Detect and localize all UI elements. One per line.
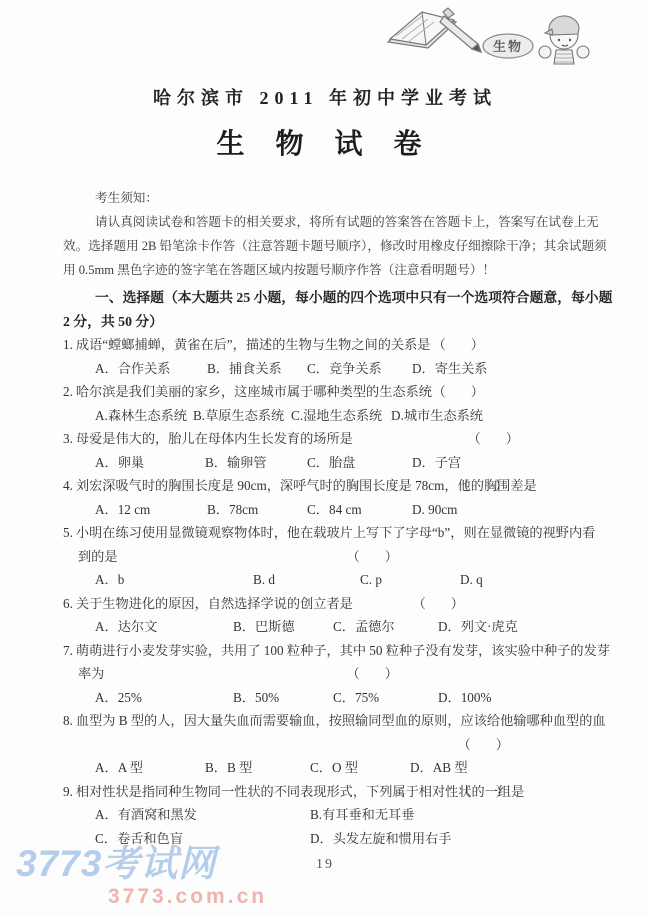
option: B.有耳垂和无耳垂	[310, 803, 414, 827]
question-6: 6.关于生物进化的原因，自然选择学说的创立者是（ ）A．达尔文B．巴斯德C．孟德…	[63, 592, 587, 639]
section-heading-line: 一、选择题（本大题共 25 小题，每小题的四个选项中只有一个选项符合题意，每小题	[63, 286, 587, 310]
question-stem: 率为（ ）	[63, 662, 587, 686]
option: C．O 型	[310, 756, 410, 780]
question-text: 率为	[78, 666, 104, 681]
option: D．列文·虎克	[438, 615, 518, 639]
option: A.森林生态系统	[95, 404, 193, 428]
question-number: 1.	[63, 337, 73, 352]
exam-paper-page: 生物 哈尔滨市 2011 年初中学业考试 生 物 试 卷 考生须知： 请认真阅读…	[0, 0, 650, 915]
options-row: A．卵巢B．输卵管C．胎盘D．子宫	[63, 451, 587, 475]
section-heading: 一、选择题（本大题共 25 小题，每小题的四个选项中只有一个选项符合题意，每小题…	[63, 286, 587, 333]
questions: 1.成语“螳螂捕蝉，黄雀在后”，描述的生物与生物之间的关系是（ ）A．合作关系B…	[63, 333, 587, 850]
option: A．A 型	[95, 756, 205, 780]
option: B．捕食关系	[207, 357, 307, 381]
option: A．12 cm	[95, 498, 207, 522]
option: C．孟德尔	[333, 615, 438, 639]
examinee-notice: 考生须知： 请认真阅读试卷和答题卡的相关要求，将所有试题的答案答在答题卡上，答案…	[63, 186, 587, 282]
question-3: 3.母爱是伟大的，胎儿在母体内生长发育的场所是（ ）A．卵巢B．输卵管C．胎盘D…	[63, 427, 587, 474]
header-illustration: 生物	[382, 2, 602, 66]
option: D.城市生态系统	[391, 404, 483, 428]
option: D. 90cm	[412, 498, 457, 522]
question-stem: 1.成语“螳螂捕蝉，黄雀在后”，描述的生物与生物之间的关系是（ ）	[63, 333, 587, 357]
question-text: 关于生物进化的原因，自然选择学说的创立者是	[76, 596, 353, 611]
options-row: A．bB. dC. pD. q	[63, 568, 587, 592]
question-stem: 6.关于生物进化的原因，自然选择学说的创立者是（ ）	[63, 592, 587, 616]
option: C. p	[360, 568, 460, 592]
question-9: 9.相对性状是指同种生物同一性状的不同表现形式，下列属于相对性状的一组是（ ）A…	[63, 780, 587, 851]
question-8: 8.血型为 B 型的人，因大量失血而需要输血，按照输同型血的原则，应该给他输哪种…	[63, 709, 587, 780]
option: B．50%	[233, 686, 333, 710]
option: D．头发左旋和惯用右手	[310, 827, 451, 851]
question-number: 8.	[63, 713, 73, 728]
question-1: 1.成语“螳螂捕蝉，黄雀在后”，描述的生物与生物之间的关系是（ ）A．合作关系B…	[63, 333, 587, 380]
options-row: C．卷舌和色盲D．头发左旋和惯用右手	[63, 827, 587, 851]
subject-bubble: 生物	[483, 34, 533, 58]
question-text: 成语“螳螂捕蝉，黄雀在后”，描述的生物与生物之间的关系是	[76, 337, 431, 352]
answer-brackets: （ ）	[432, 380, 490, 404]
answer-brackets: （ ）	[456, 474, 514, 498]
question-number: 3.	[63, 431, 73, 446]
option: C．75%	[333, 686, 438, 710]
question-text: 哈尔滨是我们美丽的家乡，这座城市属于哪种类型的生态系统	[76, 384, 432, 399]
option: D．子宫	[412, 451, 461, 475]
option: A．有酒窝和黑发	[95, 803, 310, 827]
answer-brackets: （ ）	[346, 662, 404, 686]
question-stem: 5.小明在练习使用显微镜观察物体时，他在载玻片上写下了字母“b”，则在显微镜的视…	[63, 521, 587, 545]
answer-brackets: （ ）	[467, 427, 525, 451]
question-stem: 3.母爱是伟大的，胎儿在母体内生长发育的场所是（ ）	[63, 427, 587, 451]
option: A．25%	[95, 686, 233, 710]
watermark-site-url: 3773.com.cn	[108, 886, 267, 907]
notice-line: 效。选择题用 2B 铅笔涂卡作答（注意答题卡题号顺序），修改时用橡皮仔细擦除干净…	[63, 234, 587, 258]
option: A．达尔文	[95, 615, 233, 639]
answer-brackets: （ ）	[412, 592, 470, 616]
option: D．寄生关系	[412, 357, 487, 381]
option: C．胎盘	[307, 451, 412, 475]
question-text: 母爱是伟大的，胎儿在母体内生长发育的场所是	[76, 431, 353, 446]
options-row: A．有酒窝和黑发B.有耳垂和无耳垂	[63, 803, 587, 827]
option: A．合作关系	[95, 357, 207, 381]
option: A．b	[95, 568, 253, 592]
option: D. q	[460, 568, 483, 592]
option: B．B 型	[205, 756, 310, 780]
question-stem: 2.哈尔滨是我们美丽的家乡，这座城市属于哪种类型的生态系统（ ）	[63, 380, 587, 404]
options-row: A．合作关系B．捕食关系C．竞争关系D．寄生关系	[63, 357, 587, 381]
page-number: 19	[0, 857, 650, 873]
exam-title: 哈尔滨市 2011 年初中学业考试	[0, 84, 650, 110]
question-number: 7.	[63, 643, 73, 658]
answer-brackets: （ ）	[432, 333, 490, 357]
option: C．卷舌和色盲	[95, 827, 310, 851]
answer-brackets: （ ）	[457, 733, 515, 757]
answer-brackets: （ ）	[457, 780, 515, 804]
question-2: 2.哈尔滨是我们美丽的家乡，这座城市属于哪种类型的生态系统（ ）A.森林生态系统…	[63, 380, 587, 427]
options-row: A．25%B．50%C．75%D．100%	[63, 686, 587, 710]
option: B.草原生态系统	[193, 404, 291, 428]
question-text: 血型为 B 型的人，因大量失血而需要输血，按照输同型血的原则，应该给他输哪种血型…	[76, 713, 606, 728]
biology-bubble-label: 生物	[493, 39, 523, 54]
notice-heading: 考生须知：	[63, 186, 587, 210]
question-7: 7.萌萌进行小麦发芽实验，共用了 100 粒种子，其中 50 粒种子没有发芽，该…	[63, 639, 587, 710]
option: D．100%	[438, 686, 491, 710]
answer-brackets: （ ）	[346, 545, 404, 569]
question-5: 5.小明在练习使用显微镜观察物体时，他在载玻片上写下了字母“b”，则在显微镜的视…	[63, 521, 587, 592]
question-stem: 9.相对性状是指同种生物同一性状的不同表现形式，下列属于相对性状的一组是（ ）	[63, 780, 587, 804]
notice-line: 请认真阅读试卷和答题卡的相关要求，将所有试题的答案答在答题卡上，答案写在试卷上无	[63, 210, 587, 234]
subject-title: 生 物 试 卷	[0, 122, 650, 162]
option: B．78cm	[207, 498, 307, 522]
option: C.湿地生态系统	[291, 404, 391, 428]
option: C．84 cm	[307, 498, 412, 522]
question-stem: 4.刘宏深吸气时的胸围长度是 90cm，深呼气时的胸围长度是 78cm，他的胸围…	[63, 474, 587, 498]
options-row: A．A 型B．B 型C．O 型D．AB 型	[63, 756, 587, 780]
question-number: 9.	[63, 784, 73, 799]
options-row: A．达尔文B．巴斯德C．孟德尔D．列文·虎克	[63, 615, 587, 639]
question-stem: 到的是（ ）	[63, 545, 587, 569]
question-stem: 7.萌萌进行小麦发芽实验，共用了 100 粒种子，其中 50 粒种子没有发芽，该…	[63, 639, 587, 663]
notice-line: 用 0.5mm 黑色字迹的签字笔在答题区域内按题号顺序作答（注意看明题号）！	[63, 258, 587, 282]
question-number: 5.	[63, 525, 73, 540]
question-stem: 8.血型为 B 型的人，因大量失血而需要输血，按照输同型血的原则，应该给他输哪种…	[63, 709, 587, 733]
site-watermark: 3773考试网 3773.com.cn	[16, 845, 267, 907]
option: B．巴斯德	[233, 615, 333, 639]
option: B．输卵管	[205, 451, 307, 475]
options-row: A.森林生态系统B.草原生态系统C.湿地生态系统D.城市生态系统	[63, 404, 587, 428]
options-row: A．12 cmB．78cmC．84 cmD. 90cm	[63, 498, 587, 522]
section-heading-line: 2 分，共 50 分）	[63, 310, 587, 334]
question-4: 4.刘宏深吸气时的胸围长度是 90cm，深呼气时的胸围长度是 78cm，他的胸围…	[63, 474, 587, 521]
option: A．卵巢	[95, 451, 205, 475]
option: C．竞争关系	[307, 357, 412, 381]
question-number: 6.	[63, 596, 73, 611]
cartoon-boy-icon	[539, 16, 589, 64]
question-number: 2.	[63, 384, 73, 399]
question-text: 萌萌进行小麦发芽实验，共用了 100 粒种子，其中 50 粒种子没有发芽，该实验…	[76, 643, 610, 658]
question-text: 小明在练习使用显微镜观察物体时，他在载玻片上写下了字母“b”，则在显微镜的视野内…	[76, 525, 595, 540]
question-number: 4.	[63, 478, 73, 493]
question-stem: （ ）	[63, 733, 587, 757]
book-and-pen-icon	[388, 8, 481, 52]
question-text: 到的是	[78, 549, 118, 564]
option: B. d	[253, 568, 360, 592]
option: D．AB 型	[410, 756, 468, 780]
